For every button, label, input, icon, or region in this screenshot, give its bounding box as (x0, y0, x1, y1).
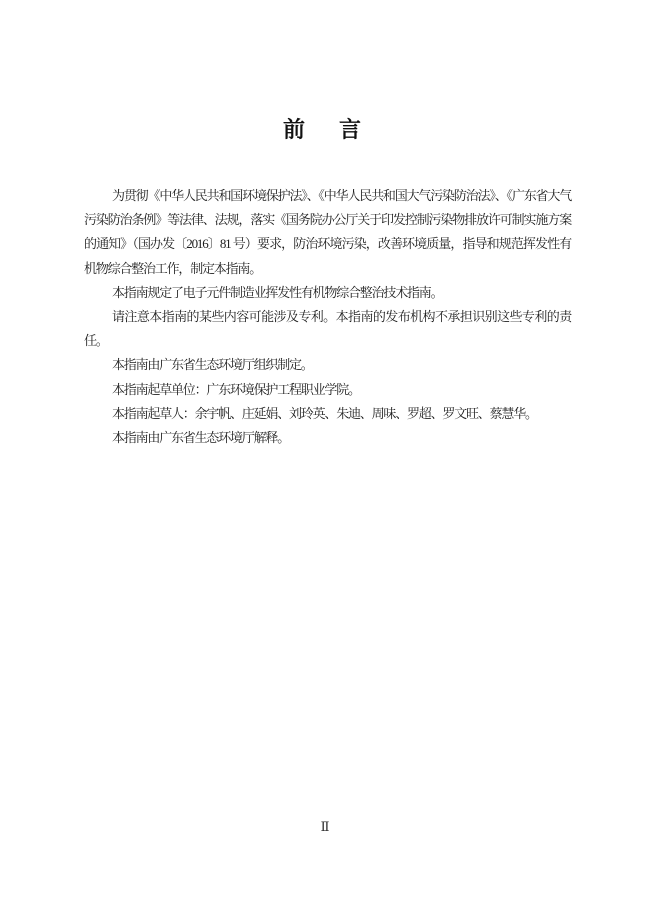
page-number: Ⅱ (0, 819, 650, 835)
paragraph-interpretation: 本指南由广东省生态环境厅解释。 (84, 426, 571, 450)
paragraph-scope: 本指南规定了电子元件制造业挥发性有机物综合整治技术指南。 (84, 281, 571, 305)
paragraph-drafters: 本指南起草人：余宇帆、庄延娟、刘玲英、朱迪、周味、罗超、罗文旺、蔡慧华。 (84, 402, 571, 426)
paragraph-intro: 为贯彻《中华人民共和国环境保护法》、《中华人民共和国大气污染防治法》、《广东省大… (84, 184, 571, 281)
paragraph-patent-notice: 请注意本指南的某些内容可能涉及专利。本指南的发布机构不承担识别这些专利的责任。 (84, 305, 571, 353)
page-title: 前 言 (0, 116, 650, 144)
paragraph-issuing-body: 本指南由广东省生态环境厅组织制定。 (84, 353, 571, 377)
document-body: 为贯彻《中华人民共和国环境保护法》、《中华人民共和国大气污染防治法》、《广东省大… (84, 184, 571, 450)
document-page: 前 言 为贯彻《中华人民共和国环境保护法》、《中华人民共和国大气污染防治法》、《… (0, 0, 650, 919)
paragraph-drafting-organization: 本指南起草单位：广东环境保护工程职业学院。 (84, 378, 571, 402)
